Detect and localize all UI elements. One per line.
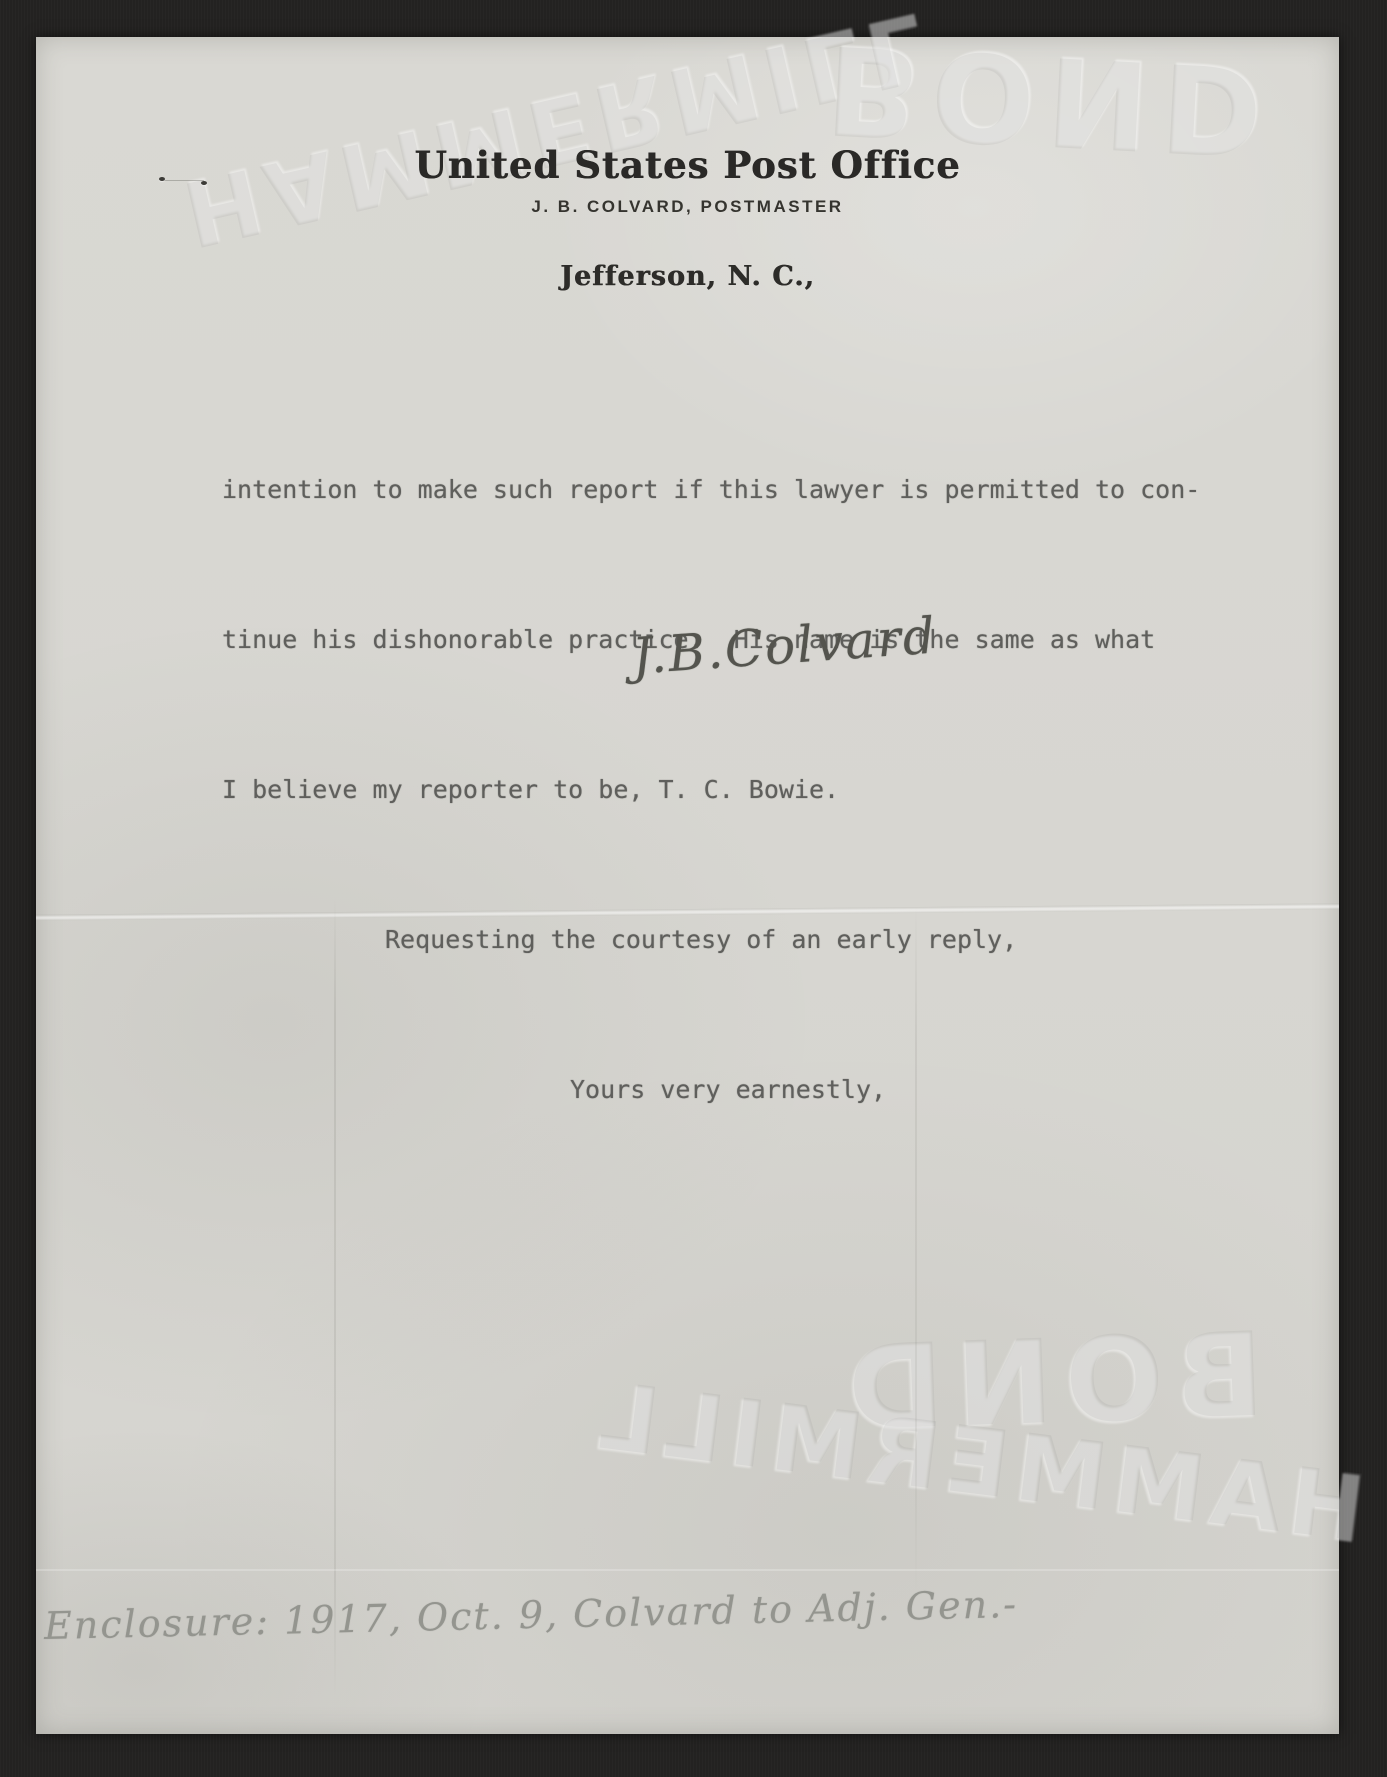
photo-mat-background: BOND HAMMERMILL BOND HAMMERMILL United S… bbox=[0, 0, 1387, 1777]
watermark-hammermill-bottom: HAMMERMILL bbox=[587, 1362, 1372, 1563]
watermark-hammermill-top: HAMMERMILL bbox=[174, 0, 941, 266]
typed-line: I believe my reporter to be, T. C. Bowie… bbox=[222, 765, 1200, 815]
letter-page: BOND HAMMERMILL BOND HAMMERMILL United S… bbox=[36, 37, 1339, 1734]
typed-line: intention to make such report if this la… bbox=[222, 465, 1200, 515]
typed-line: Requesting the courtesy of an early repl… bbox=[222, 915, 1200, 965]
typed-line: Yours very earnestly, bbox=[222, 1065, 1200, 1115]
letterhead-place-line: Jefferson, N. C., bbox=[36, 261, 1339, 292]
enclosure-annotation: Enclosure: 1917, Oct. 9, Colvard to Adj.… bbox=[44, 1582, 1019, 1648]
typed-letter-body: intention to make such report if this la… bbox=[222, 365, 1200, 1215]
faint-horizontal-crease bbox=[36, 1569, 1339, 1571]
letterhead-organization: United States Post Office bbox=[36, 143, 1339, 187]
watermark-bond-bottom: BOND bbox=[834, 1308, 1267, 1458]
letterhead-postmaster-line: J. B. COLVARD, POSTMASTER bbox=[36, 197, 1339, 217]
